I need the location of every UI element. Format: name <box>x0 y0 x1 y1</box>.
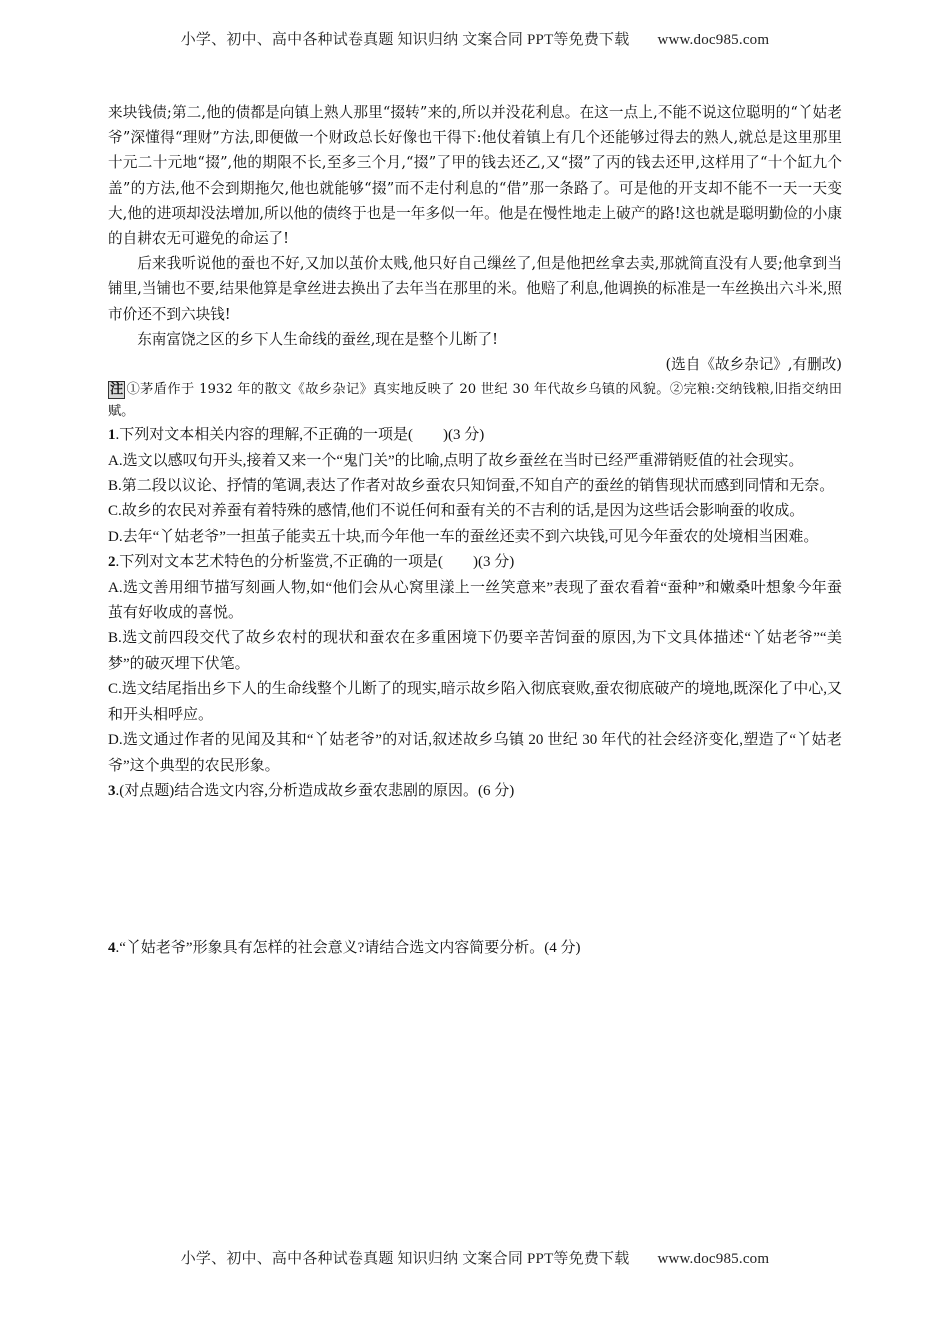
page-footer: 小学、初中、高中各种试卷真题 知识归纳 文案合同 PPT等免费下载www.doc… <box>0 1247 950 1268</box>
passage-paragraph-2: 后来我听说他的蚕也不好,又加以茧价太贱,他只好自己缫丝了,但是他把丝拿去卖,那就… <box>108 251 842 327</box>
note-text: ①茅盾作于 1932 年的散文《故乡杂记》真实地反映了 20 世纪 30 年代故… <box>108 382 842 419</box>
question-2: 2.下列对文本艺术特色的分析鉴赏,不正确的一项是( )(3 分) A.选文善用细… <box>108 550 842 779</box>
passage: 来块钱债;第二,他的债都是向镇上熟人那里“掇转”来的,所以并没花利息。在这一点上… <box>108 100 842 377</box>
passage-paragraph-3: 东南富饶之区的乡下人生命线的蚕丝,现在是整个儿断了! <box>108 327 842 352</box>
question-1: 1.下列对文本相关内容的理解,不正确的一项是( )(3 分) A.选文以感叹句开… <box>108 423 842 550</box>
footnote: 注①茅盾作于 1932 年的散文《故乡杂记》真实地反映了 20 世纪 30 年代… <box>108 379 842 423</box>
option-c: C.选文结尾指出乡下人的生命线整个儿断了的现实,暗示故乡陷入彻底衰败,蚕农彻底破… <box>108 677 842 728</box>
question-stem: .“丫姑老爷”形象具有怎样的社会意义?请结合选文内容简要分析。(4 分) <box>116 940 581 956</box>
option-c: C.故乡的农民对养蚕有着特殊的感情,他们不说任何和蚕有关的不吉利的话,是因为这些… <box>108 499 842 524</box>
footer-url[interactable]: www.doc985.com <box>657 1251 769 1267</box>
document-body: 来块钱债;第二,他的债都是向镇上熟人那里“掇转”来的,所以并没花利息。在这一点上… <box>108 100 842 962</box>
option-b: B.第二段以议论、抒情的笔调,表达了作者对故乡蚕农只知饲蚕,不知自产的蚕丝的销售… <box>108 474 842 499</box>
question-stem: .下列对文本相关内容的理解,不正确的一项是( )(3 分) <box>116 427 485 443</box>
option-d: D.选文通过作者的见闻及其和“丫姑老爷”的对话,叙述故乡乌镇 20 世纪 30 … <box>108 728 842 779</box>
header-url[interactable]: www.doc985.com <box>657 32 769 48</box>
page-header: 小学、初中、高中各种试卷真题 知识归纳 文案合同 PPT等免费下载www.doc… <box>0 28 950 49</box>
question-4: 4.“丫姑老爷”形象具有怎样的社会意义?请结合选文内容简要分析。(4 分) <box>108 936 842 961</box>
header-text: 小学、初中、高中各种试卷真题 知识归纳 文案合同 PPT等免费下载 <box>181 32 630 48</box>
option-a: A.选文以感叹句开头,接着又来一个“鬼门关”的比喻,点明了故乡蚕丝在当时已经严重… <box>108 449 842 474</box>
question-number: 2 <box>108 554 116 570</box>
option-b: B.选文前四段交代了故乡农村的现状和蚕农在多重困境下仍要辛苦饲蚕的原因,为下文具… <box>108 626 842 677</box>
option-d: D.去年“丫姑老爷”一担茧子能卖五十块,而今年他一车的蚕丝还卖不到六块钱,可见今… <box>108 525 842 550</box>
passage-paragraph-1: 来块钱债;第二,他的债都是向镇上熟人那里“掇转”来的,所以并没花利息。在这一点上… <box>108 100 842 251</box>
question-number: 1 <box>108 427 116 443</box>
question-number: 4 <box>108 940 116 956</box>
passage-source: (选自《故乡杂记》,有删改) <box>108 352 842 377</box>
question-stem: .下列对文本艺术特色的分析鉴赏,不正确的一项是( )(3 分) <box>116 554 515 570</box>
option-a: A.选文善用细节描写刻画人物,如“他们会从心窝里漾上一丝笑意来”表现了蚕农看着“… <box>108 576 842 627</box>
footer-text: 小学、初中、高中各种试卷真题 知识归纳 文案合同 PPT等免费下载 <box>181 1251 630 1267</box>
question-stem: .(对点题)结合选文内容,分析造成故乡蚕农悲剧的原因。(6 分) <box>116 783 515 799</box>
question-number: 3 <box>108 783 116 799</box>
question-3: 3.(对点题)结合选文内容,分析造成故乡蚕农悲剧的原因。(6 分) <box>108 779 842 936</box>
note-badge: 注 <box>108 381 125 399</box>
answer-space <box>108 804 842 936</box>
